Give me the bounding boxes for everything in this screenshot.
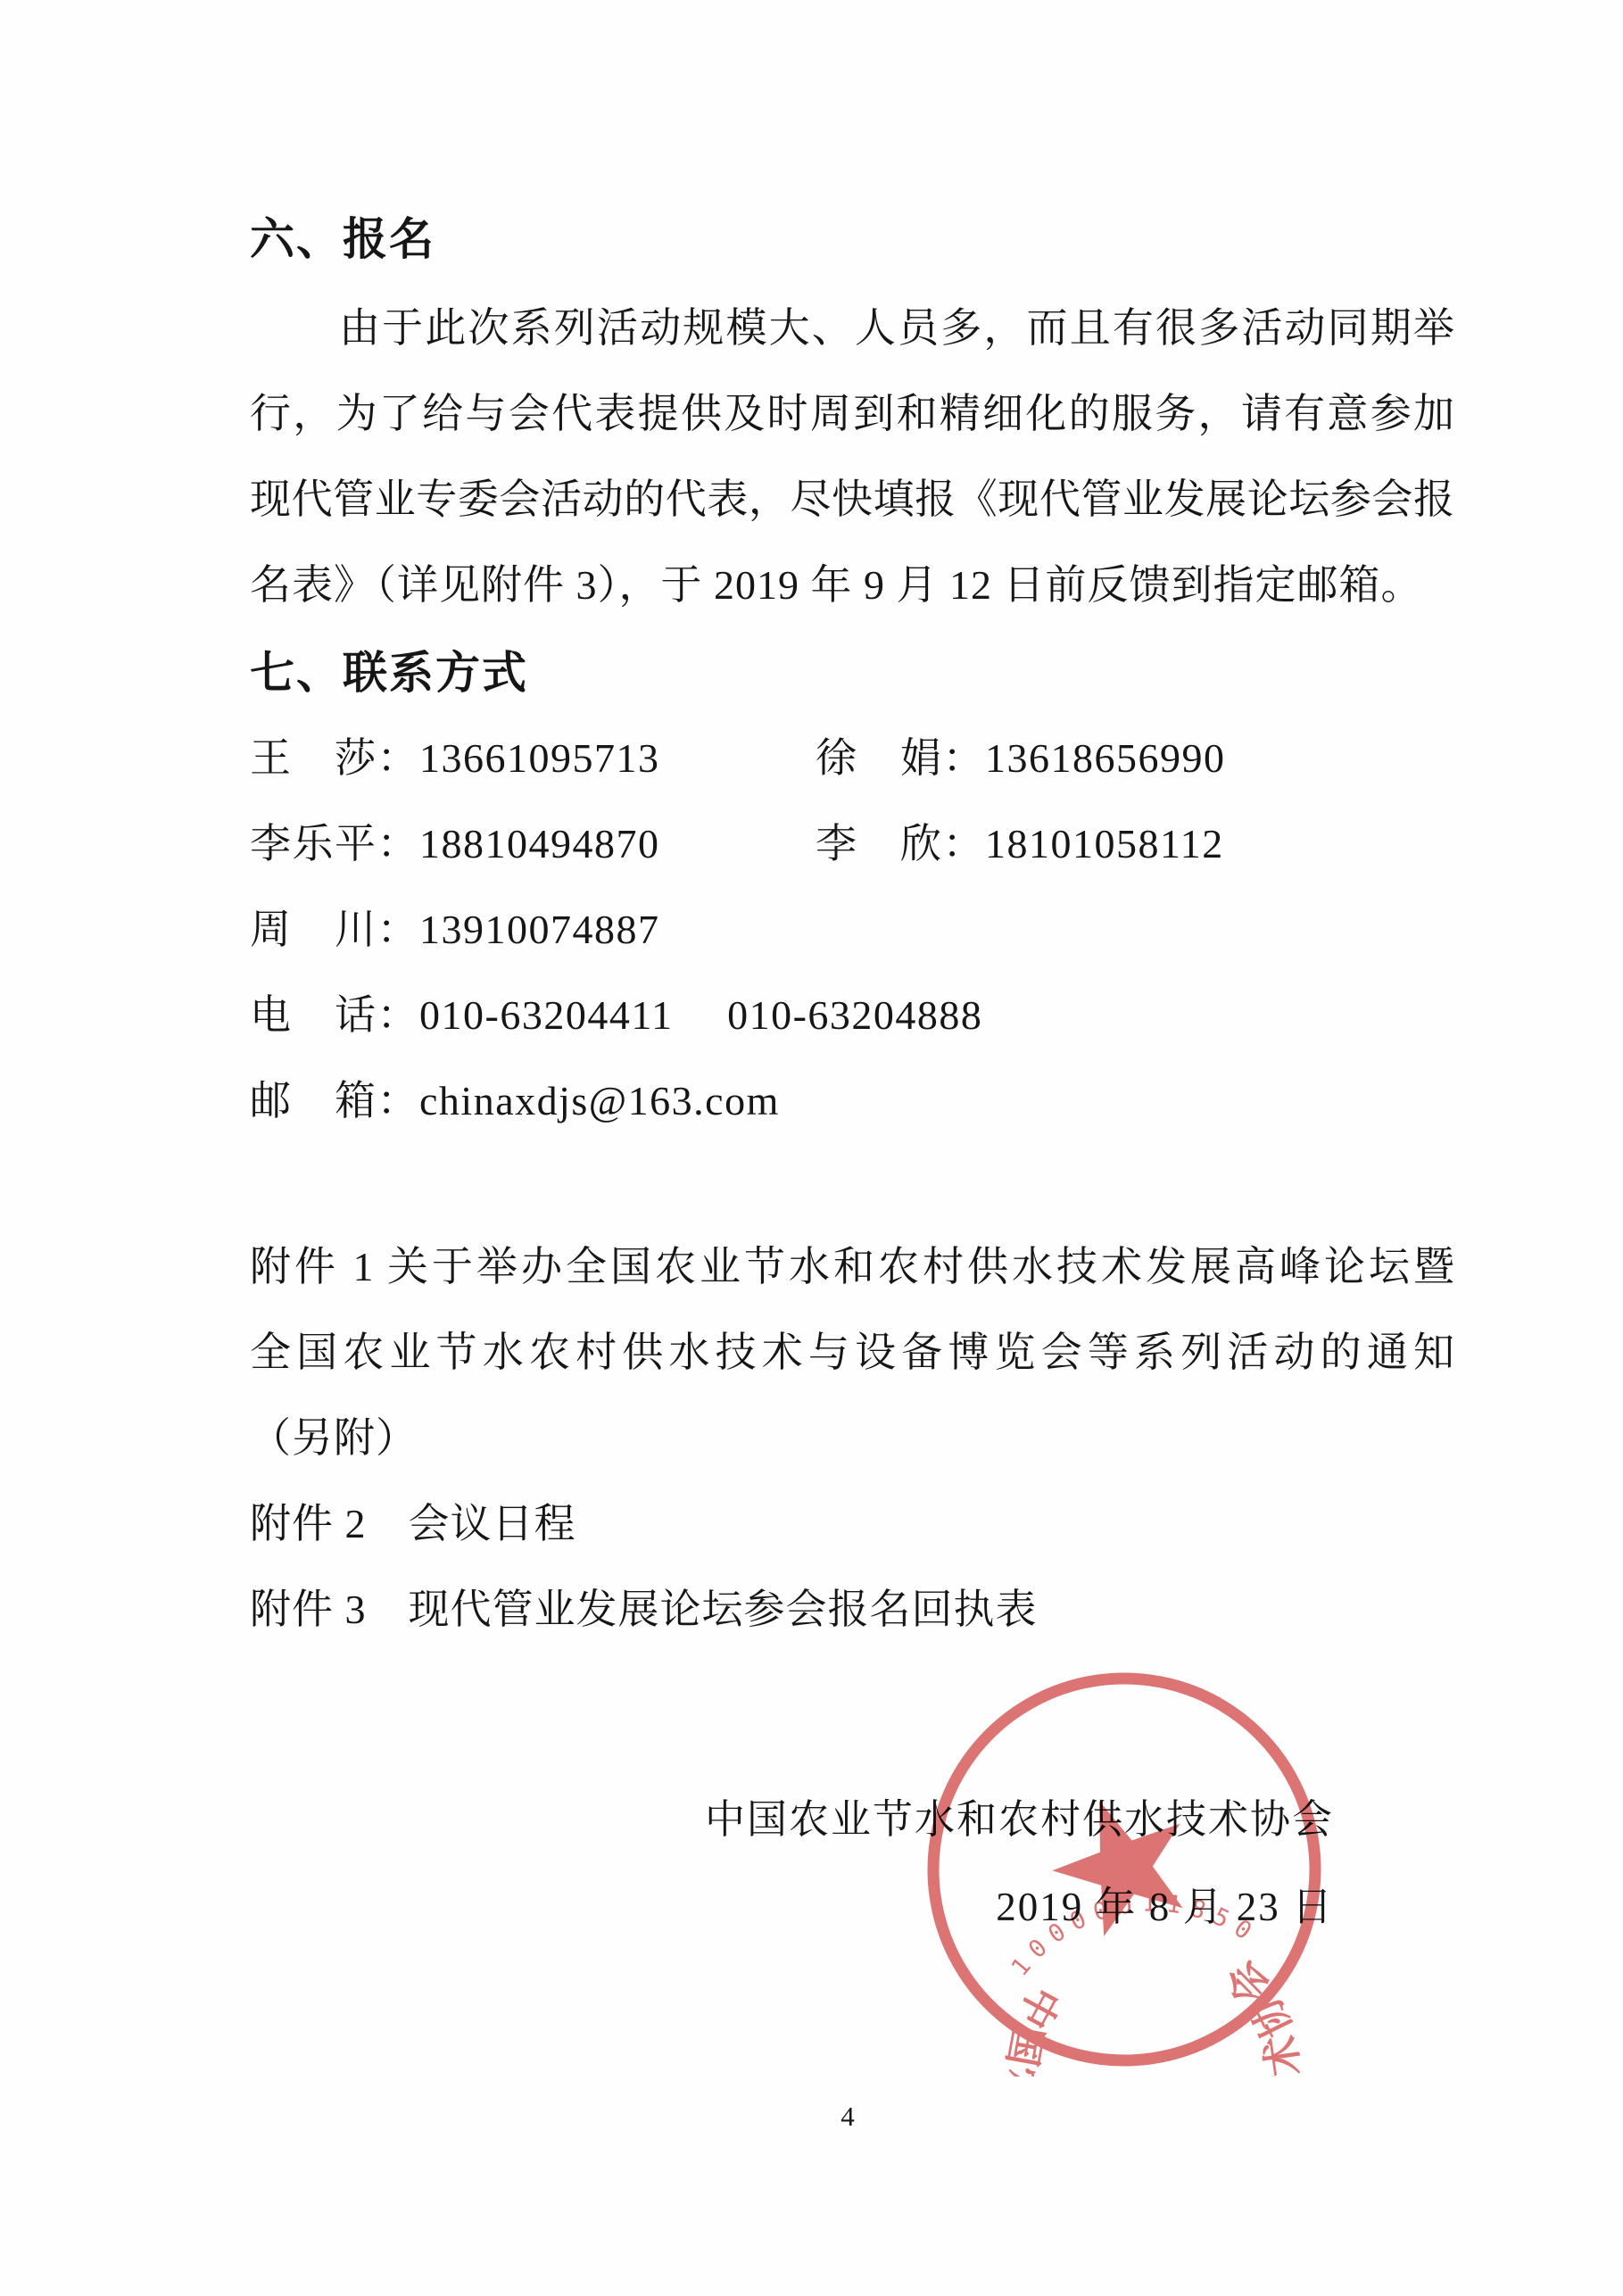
svg-text:中国农业节水和农村供水技术协会: 中国农业节水和农村供水技术协会 bbox=[985, 1943, 1326, 2076]
contact-left: 李乐平：18810494870 bbox=[250, 819, 660, 869]
seal-ring bbox=[917, 1662, 1331, 2076]
contact-left: 王 莎：13661095713 bbox=[250, 734, 660, 783]
contact-right: 徐 娟：13618656990 bbox=[816, 734, 1226, 783]
section-six-heading: 六、报名 bbox=[250, 214, 1454, 264]
signature-date: 2019 年 8 月 23 日 bbox=[250, 1874, 1334, 1932]
page-number: 4 bbox=[785, 2101, 910, 2133]
contact-left: 电 话：010-63204411 010-63204888 bbox=[250, 991, 982, 1040]
signature-organization: 中国农业节水和农村供水技术协会 bbox=[250, 1786, 1334, 1844]
contact-right: 李 欣：18101058112 bbox=[816, 819, 1224, 869]
section-seven-heading: 七、联系方式 bbox=[250, 648, 1454, 698]
official-seal: 中国农业节水和农村供水技术协会 1100000118500 bbox=[917, 1662, 1331, 2076]
attachment-line: 附件 2 会议日程 bbox=[250, 1499, 1454, 1549]
attachment-line: 附件 3 现代管业发展论坛参会报名回执表 bbox=[250, 1585, 1454, 1635]
attachment-line: （另附） bbox=[250, 1413, 1454, 1463]
contact-left: 周 川：13910074887 bbox=[250, 905, 660, 955]
attachment-line: 附件 1 关于举办全国农业节水和农村供水技术发展高峰论坛暨 bbox=[250, 1242, 1454, 1292]
paragraph-line: 现代管业专委会活动的代表，尽快填报《现代管业发展论坛参会报 bbox=[250, 475, 1454, 525]
paragraph-line: 名表》（详见附件 3），于 2019 年 9 月 12 日前反馈到指定邮箱。 bbox=[250, 560, 1454, 610]
attachment-line: 全国农业节水农村供水技术与设备博览会等系列活动的通知 bbox=[250, 1328, 1454, 1378]
document-page: 六、报名 由于此次系列活动规模大、人员多，而且有很多活动同期举 行，为了给与会代… bbox=[0, 0, 1623, 2296]
paragraph-line: 由于此次系列活动规模大、人员多，而且有很多活动同期举 bbox=[250, 303, 1454, 353]
seal-ring-text: 中国农业节水和农村供水技术协会 bbox=[985, 1943, 1326, 2076]
paragraph-line: 行，为了给与会代表提供及时周到和精细化的服务，请有意参加 bbox=[250, 389, 1454, 439]
contact-left: 邮 箱：chinaxdjs@163.com bbox=[250, 1076, 780, 1126]
